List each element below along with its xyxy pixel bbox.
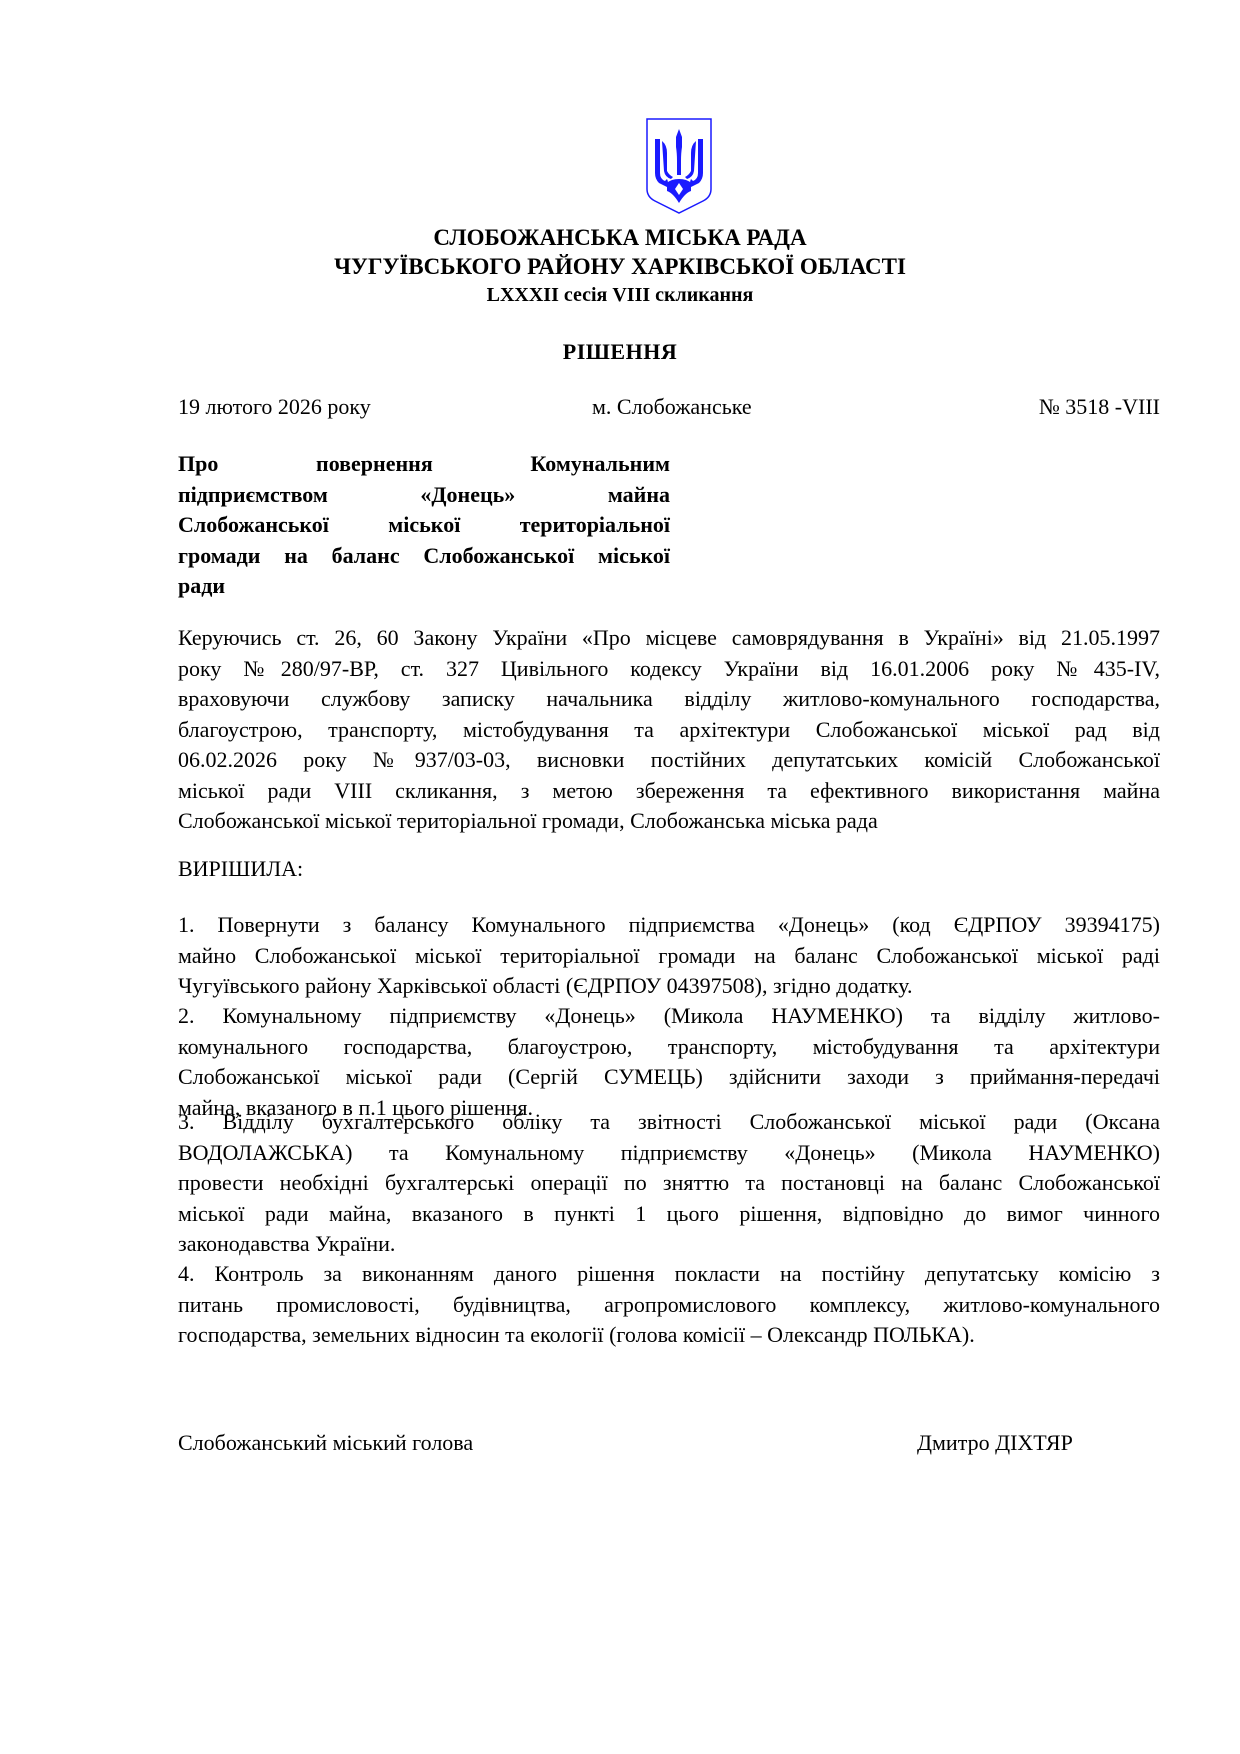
- preamble-line: Керуючись ст. 26, 60 Закону України «Про…: [178, 623, 1160, 654]
- item-line: Слобожанської міської ради (Сергій СУМЕЦ…: [178, 1062, 1160, 1093]
- session-info: LXXXII сесія VIII скликання: [0, 281, 1240, 309]
- document-type: РІШЕННЯ: [0, 339, 1240, 365]
- decision-item-2: 2. Комунальному підприємству «Донець» (М…: [178, 1001, 1160, 1123]
- decision-item-4: 4. Контроль за виконанням даного рішення…: [178, 1259, 1160, 1351]
- item-line: законодавства України.: [178, 1229, 1160, 1260]
- decision-item-3: 3. Відділу бухгалтерського обліку та зві…: [178, 1107, 1160, 1260]
- preamble-line: благоустрою, транспорту, містобудування …: [178, 715, 1160, 746]
- preamble-line: міської ради VIII скликання, з метою збе…: [178, 776, 1160, 807]
- item-line: Чугуївського району Харківської області …: [178, 971, 1160, 1002]
- subject-line: громади на баланс Слобожанської міської: [178, 541, 670, 572]
- preamble: Керуючись ст. 26, 60 Закону України «Про…: [178, 623, 1160, 837]
- subject-line: Про повернення Комунальним: [178, 449, 670, 480]
- decision-subject: Про повернення Комунальним підприємством…: [178, 449, 670, 602]
- item-line: 2. Комунальному підприємству «Донець» (М…: [178, 1001, 1160, 1032]
- item-line: 3. Відділу бухгалтерського обліку та зві…: [178, 1107, 1160, 1138]
- resolved-label-text: ВИРІШИЛА:: [178, 854, 1160, 885]
- item-line: 4. Контроль за виконанням даного рішення…: [178, 1259, 1160, 1290]
- meta-row: 19 лютого 2026 року м. Слобожанське № 35…: [178, 394, 1160, 424]
- item-line: майно Слобожанської міської територіальн…: [178, 941, 1160, 972]
- decision-item-1: 1. Повернути з балансу Комунального підп…: [178, 910, 1160, 1002]
- preamble-line: 06.02.2026 року №937/03-03, висновки пос…: [178, 745, 1160, 776]
- item-line: господарства, земельних відносин та екол…: [178, 1320, 1160, 1351]
- decision-date: 19 лютого 2026 року: [178, 394, 371, 420]
- signature-position: Слобожанський міський голова: [178, 1430, 473, 1456]
- coat-of-arms-icon: [645, 117, 713, 215]
- item-line: питань промисловості, будівництва, агроп…: [178, 1290, 1160, 1321]
- council-name: СЛОБОЖАНСЬКА МІСЬКА РАДА: [0, 222, 1240, 253]
- subject-line: Слобожанської міської територіальної: [178, 510, 670, 541]
- subject-line: ради: [178, 571, 670, 602]
- document-page: СЛОБОЖАНСЬКА МІСЬКА РАДА ЧУГУЇВСЬКОГО РА…: [0, 0, 1240, 1754]
- item-line: провести необхідні бухгалтерські операці…: [178, 1168, 1160, 1199]
- district-name: ЧУГУЇВСЬКОГО РАЙОНУ ХАРКІВСЬКОЇ ОБЛАСТІ: [0, 251, 1240, 282]
- item-line: міської ради майна, вказаного в пункті 1…: [178, 1199, 1160, 1230]
- decision-place: м. Слобожанське: [592, 394, 752, 420]
- resolved-label: ВИРІШИЛА:: [178, 854, 1160, 885]
- item-line: ВОДОЛАЖСЬКА) та Комунальному підприємств…: [178, 1138, 1160, 1169]
- item-line: 1. Повернути з балансу Комунального підп…: [178, 910, 1160, 941]
- item-line: комунального господарства, благоустрою, …: [178, 1032, 1160, 1063]
- subject-line: підприємством «Донець» майна: [178, 480, 670, 511]
- preamble-line: враховуючи службову записку начальника в…: [178, 684, 1160, 715]
- preamble-line: Слобожанської міської територіальної гро…: [178, 806, 1160, 837]
- preamble-line: року №280/97-ВР, ст. 327 Цивільного коде…: [178, 654, 1160, 685]
- decision-number: № 3518 -VIII: [1039, 394, 1160, 420]
- signature-name: Дмитро ДІХТЯР: [917, 1430, 1073, 1456]
